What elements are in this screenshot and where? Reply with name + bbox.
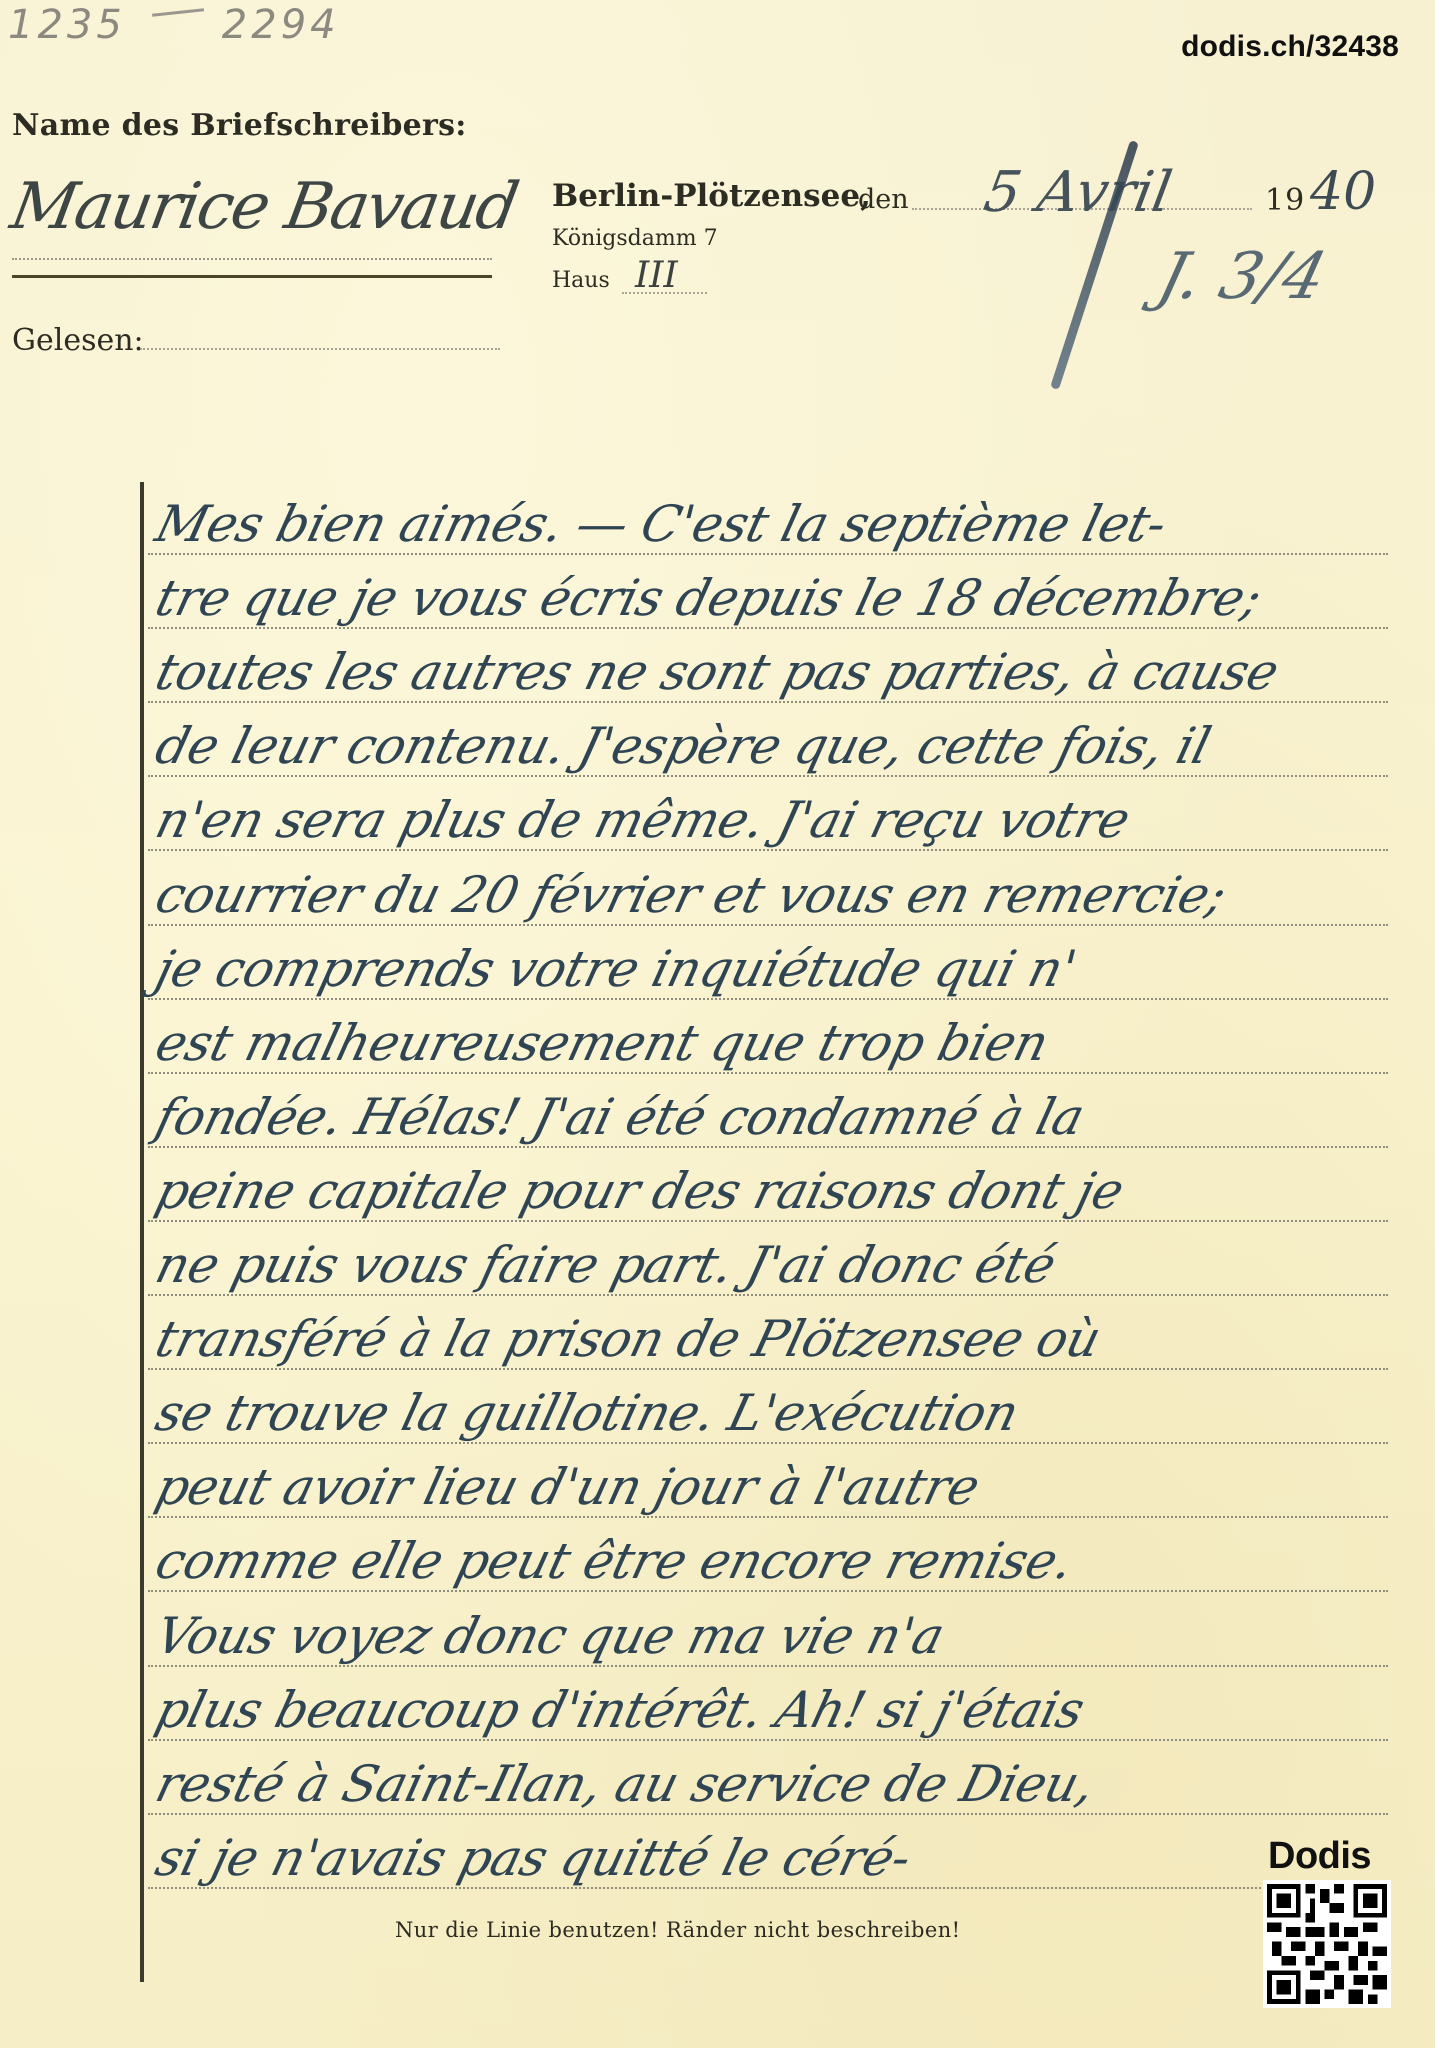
ruled-line [148,1739,1388,1741]
ruled-line [148,1294,1388,1296]
ruled-line [148,1146,1388,1148]
handwritten-line: transféré à la prison de Plötzensee où [150,1310,1106,1368]
qr-code[interactable] [1263,1880,1391,2008]
ruled-line [148,1813,1388,1815]
year-handwritten: 40 [1310,162,1376,222]
house-number: III [635,255,678,296]
pencil-dash [152,8,204,16]
read-by-dotted-line [140,348,500,350]
date-den-label: den [858,184,909,215]
ruled-line [148,998,1388,1000]
qr-code-icon [1267,1884,1387,2004]
ruled-line [148,1220,1388,1222]
ruled-line [148,701,1388,703]
handwritten-line: de leur contenu. J'espère que, cette foi… [150,717,1216,775]
handwritten-line: se trouve la guillotine. L'exécution [150,1384,1024,1442]
pencil-archive-reference: 12352294 [8,2,340,48]
prison-address: Königsdamm 7 [552,226,718,251]
handwritten-line: fondée. Hélas! J'ai été condamné à la [150,1088,1090,1146]
censor-initials: J. 3/4 [1151,240,1334,314]
year-printed: 19 [1265,183,1305,218]
margin-line [140,482,144,1982]
ruled-line [148,1442,1388,1444]
signature-dotted-line [12,258,492,260]
ruled-line [148,1516,1388,1518]
handwritten-line: resté à Saint-Ilan, au service de Dieu, [150,1755,1100,1813]
ruled-line [148,1072,1388,1074]
handwritten-line: est malheureusement que trop bien [150,1014,1054,1072]
handwritten-date: 5 Avril [979,160,1176,225]
writer-name-label: Name des Briefschreibers: [12,108,467,143]
handwritten-line: je comprends votre inquiétude qui n' [150,940,1082,998]
ruled-line [148,924,1388,926]
footer-instruction: Nur die Linie benutzen! Ränder nicht bes… [395,1918,961,1942]
handwritten-line: Mes bien aimés. — C'est la septième let- [150,495,1172,553]
pencil-ref-left: 1235 [8,2,126,48]
dodis-logo: Dodis [1268,1835,1371,1878]
handwritten-line: peine capitale pour des raisons dont je [150,1162,1129,1220]
ruled-line [148,849,1388,851]
writer-signature: Maurice Bavaud [5,170,522,244]
signature-underline [12,275,492,278]
read-by-label: Gelesen: [12,323,144,358]
handwritten-line: n'en sera plus de même. J'ai reçu votre [150,791,1135,849]
handwritten-line: peut avoir lieu d'un jour à l'autre [150,1458,985,1516]
dodis-reference-link[interactable]: dodis.ch/32438 [1181,30,1399,64]
handwritten-line: si je n'avais pas quitté le céré- [150,1829,917,1887]
handwritten-line: tre que je vous écris depuis le 18 décem… [150,569,1267,627]
ruled-line [148,1887,1388,1889]
ruled-line [148,553,1388,555]
handwritten-line: ne puis vous faire part. J'ai donc été [150,1236,1061,1294]
ruled-line [148,627,1388,629]
handwritten-line: toutes les autres ne sont pas parties, à… [150,643,1284,701]
handwritten-line: comme elle peut être encore remise. [150,1532,1079,1590]
ruled-line [148,1665,1388,1667]
handwritten-line: Vous voyez donc que ma vie n'a [150,1607,950,1665]
place-heading: Berlin-Plötzensee, [552,178,871,214]
handwritten-line: courrier du 20 février et vous en remerc… [150,866,1232,924]
house-label: Haus [552,268,610,293]
ruled-line [148,1368,1388,1370]
ruled-line [148,1590,1388,1592]
handwritten-line: plus beaucoup d'intérêt. Ah! si j'étais [150,1681,1090,1739]
ruled-line [148,775,1388,777]
pencil-ref-right: 2294 [222,2,340,48]
